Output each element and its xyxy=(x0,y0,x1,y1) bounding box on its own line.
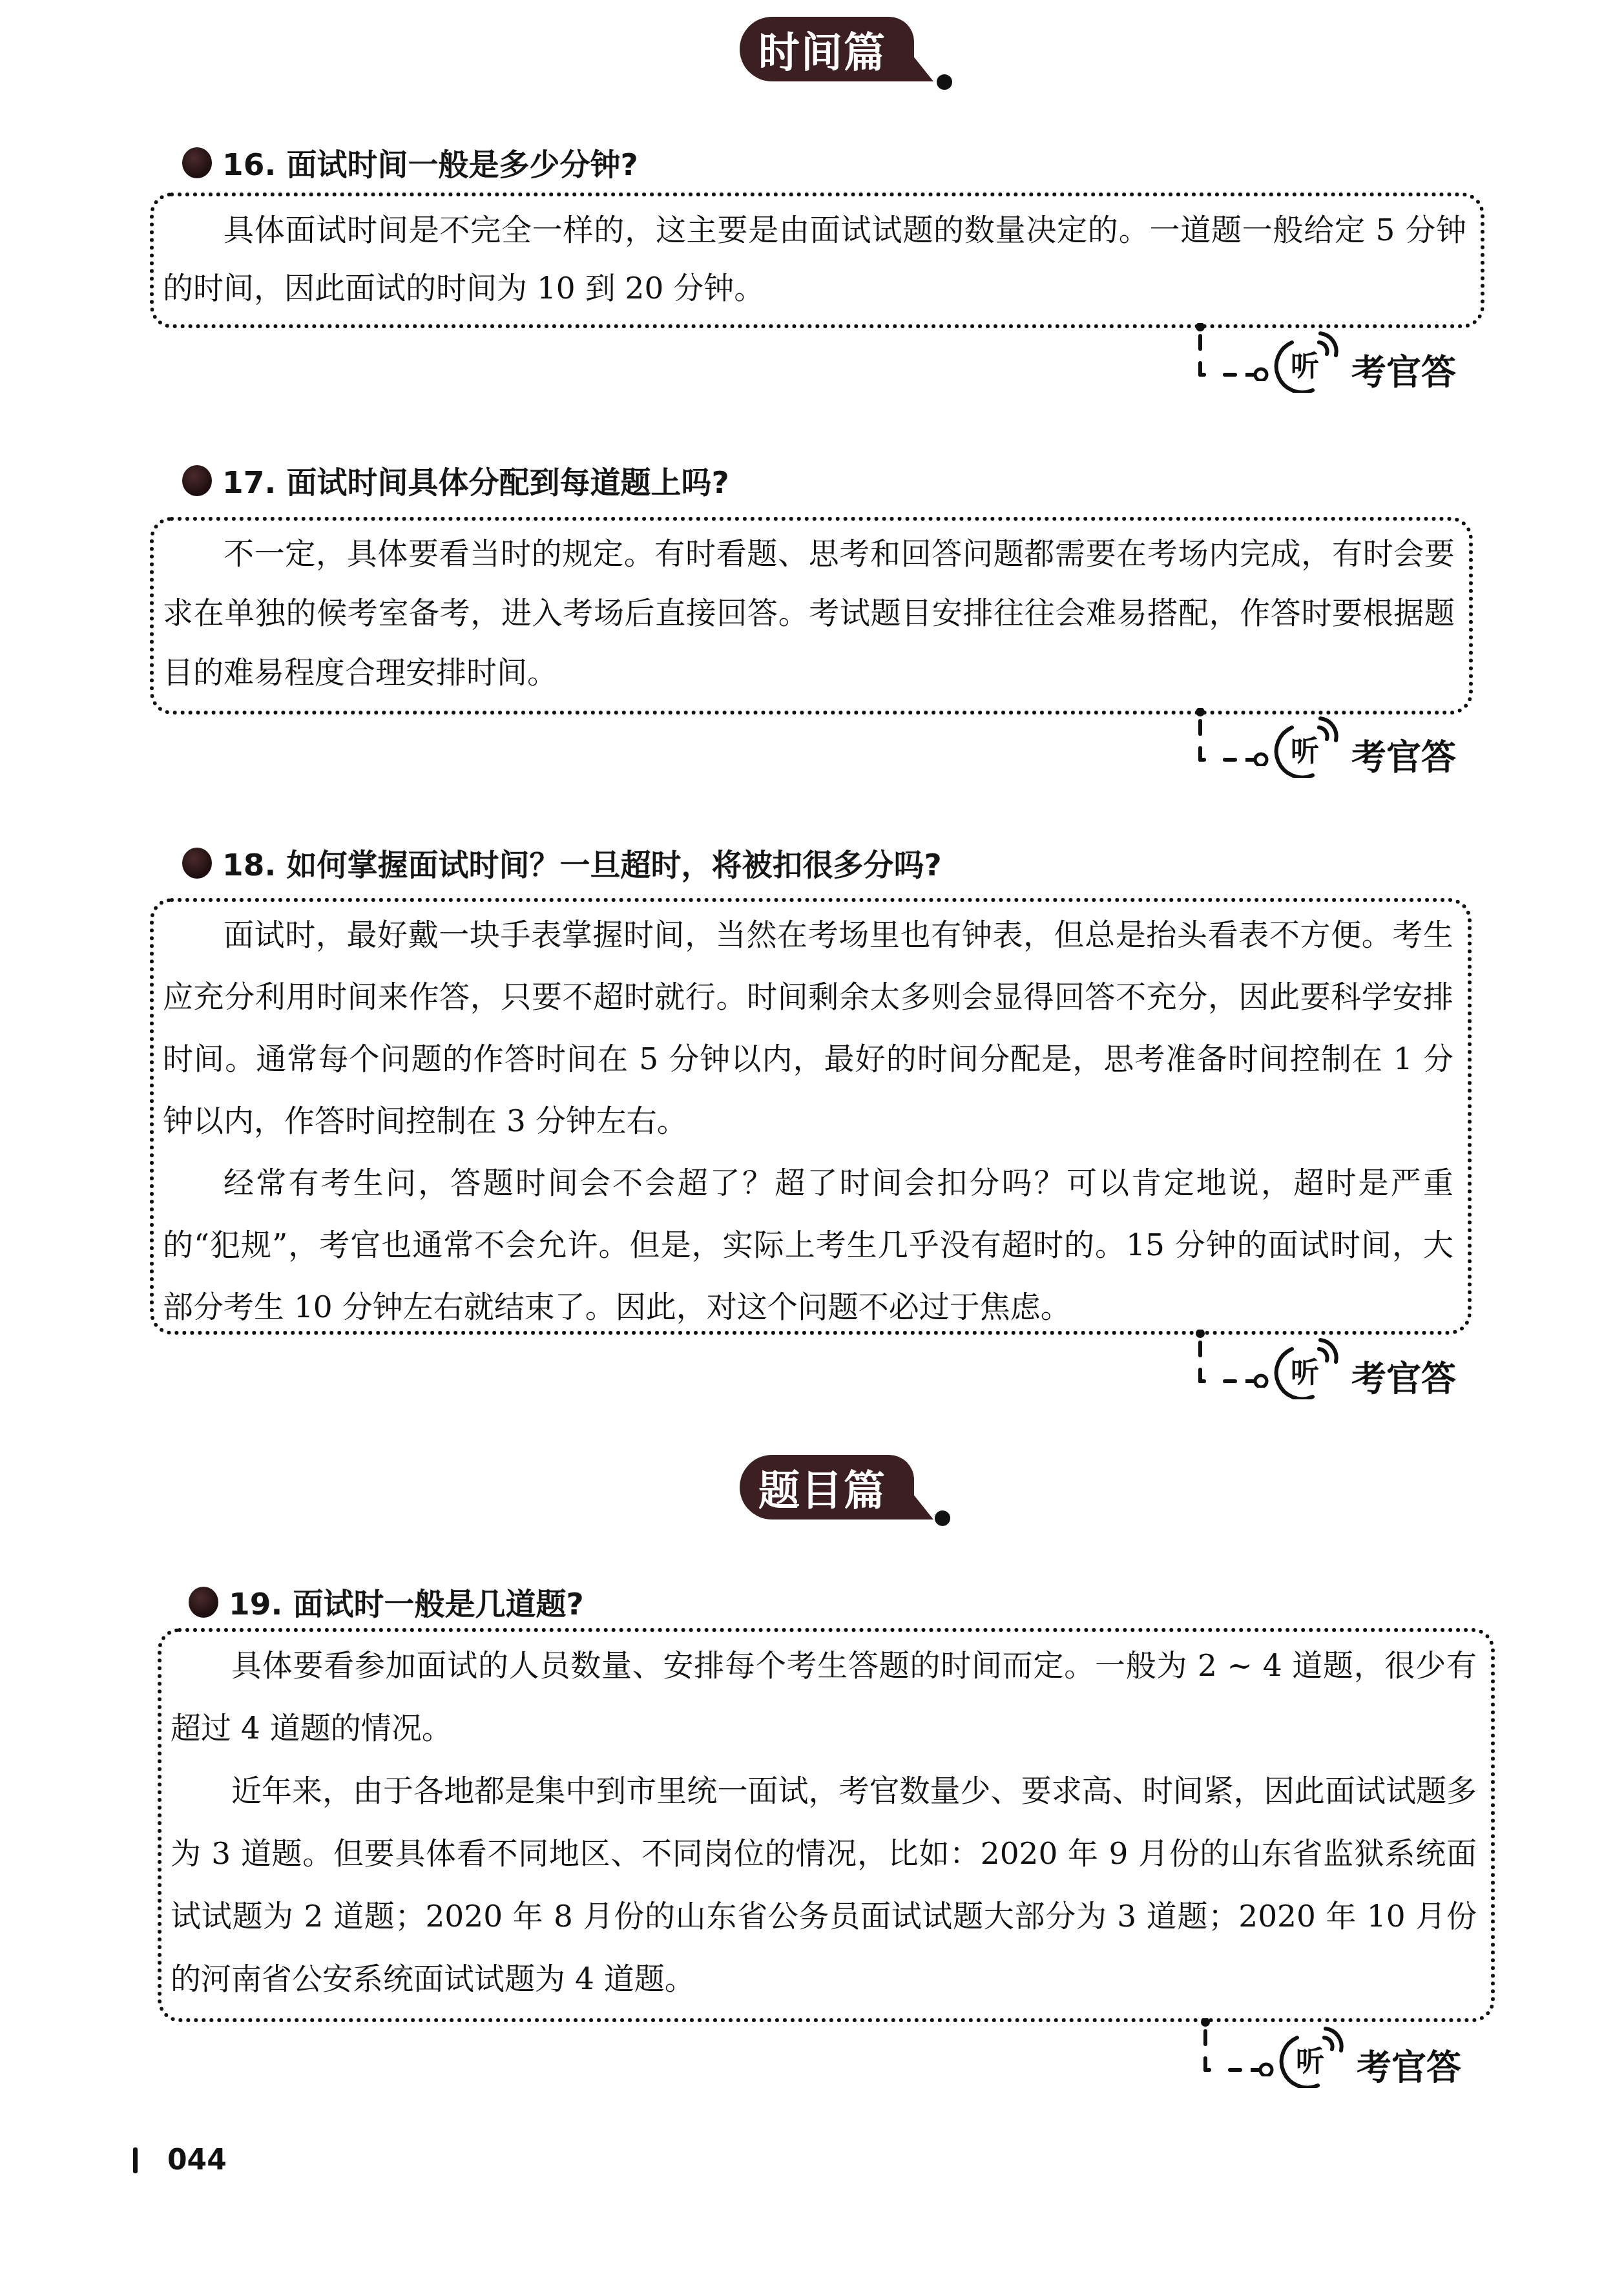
listen-examiner-answer-19[interactable]: 听 考官答 xyxy=(1200,2018,1510,2089)
question-text: 19. 面试时一般是几道题? xyxy=(229,1580,584,1624)
connector-node-icon xyxy=(1221,362,1273,381)
listen-audio-icon: 听 xyxy=(1273,1335,1344,1399)
answer-paragraph: 具体面试时间是不完全一样的，这主要是由面试试题的数量决定的。一道题一般给定 5 … xyxy=(163,202,1466,318)
connector-line-icon xyxy=(1195,323,1221,381)
svg-text:听: 听 xyxy=(1291,1357,1319,1390)
page-marker-bar-icon xyxy=(133,2147,138,2173)
listen-audio-icon: 听 xyxy=(1278,2023,1349,2088)
question-text: 16. 面试时间一般是多少分钟? xyxy=(222,141,638,184)
section-heading-time: 时间篇 xyxy=(740,17,914,81)
answer-box-19: 具体要看参加面试的人员数量、安排每个考生答题的时间而定。一般为 2 ~ 4 道题… xyxy=(158,1628,1495,2022)
answer-paragraph: 不一定，具体要看当时的规定。有时看题、思考和回答问题都需要在考场内完成，有时会要… xyxy=(163,525,1455,703)
listen-label: 考官答 xyxy=(1351,1352,1456,1401)
connector-line-icon xyxy=(1195,708,1221,766)
connector-node-icon xyxy=(1221,1368,1273,1388)
page-number: 044 xyxy=(133,2144,227,2177)
question-heading-17: 17. 面试时间具体分配到每道题上吗? xyxy=(182,459,729,502)
answer-paragraph: 近年来，由于各地都是集中到市里统一面试，考官数量少、要求高、时间紧，因此面试试题… xyxy=(171,1760,1477,2010)
listen-label: 考官答 xyxy=(1351,730,1456,780)
connector-node-icon xyxy=(1221,747,1273,766)
listen-glyph: 听 xyxy=(1291,350,1319,383)
question-heading-16: 16. 面试时间一般是多少分钟? xyxy=(182,141,638,184)
answer-box-18: 面试时，最好戴一块手表掌握时间，当然在考场里也有钟表，但总是抬头看表不方便。考生… xyxy=(150,898,1472,1335)
bullet-icon xyxy=(182,465,212,496)
speech-bubble-tail-icon xyxy=(908,49,933,81)
listen-examiner-answer-17[interactable]: 听 考官答 xyxy=(1195,708,1505,779)
question-heading-18: 18. 如何掌握面试时间？一旦超时，将被扣很多分吗? xyxy=(182,841,942,884)
listen-label: 考官答 xyxy=(1357,2040,1461,2090)
listen-audio-icon: 听 xyxy=(1273,713,1344,778)
bullet-icon xyxy=(182,147,212,178)
bullet-icon xyxy=(182,848,212,879)
section-title: 题目篇 xyxy=(758,1457,886,1517)
speech-bubble-tail-icon xyxy=(908,1487,933,1519)
section-title: 时间篇 xyxy=(758,19,886,79)
bullet-icon xyxy=(189,1587,218,1618)
answer-paragraph: 经常有考生问，答题时间会不会超了？超了时间会扣分吗？可以肯定地说，超时是严重的“… xyxy=(163,1153,1453,1339)
question-text: 17. 面试时间具体分配到每道题上吗? xyxy=(222,459,729,502)
section-dot-icon xyxy=(935,1510,950,1526)
question-text: 18. 如何掌握面试时间？一旦超时，将被扣很多分吗? xyxy=(222,841,942,884)
answer-paragraph: 具体要看参加面试的人员数量、安排每个考生答题的时间而定。一般为 2 ~ 4 道题… xyxy=(171,1634,1477,1760)
answer-box-17: 不一定，具体要看当时的规定。有时看题、思考和回答问题都需要在考场内完成，有时会要… xyxy=(150,517,1473,715)
answer-paragraph: 面试时，最好戴一块手表掌握时间，当然在考场里也有钟表，但总是抬头看表不方便。考生… xyxy=(163,904,1453,1153)
section-dot-icon xyxy=(937,74,952,90)
connector-line-icon xyxy=(1195,1330,1221,1388)
book-page: 时间篇 16. 面试时间一般是多少分钟? 具体面试时间是不完全一样的，这主要是由… xyxy=(0,0,1624,2287)
listen-examiner-answer-18[interactable]: 听 考官答 xyxy=(1195,1330,1505,1401)
section-heading-questions: 题目篇 xyxy=(740,1455,914,1519)
listen-audio-icon: 听 xyxy=(1273,328,1344,393)
connector-line-icon xyxy=(1200,2018,1226,2076)
answer-box-16: 具体面试时间是不完全一样的，这主要是由面试试题的数量决定的。一道题一般给定 5 … xyxy=(150,193,1484,328)
svg-text:听: 听 xyxy=(1296,2045,1324,2078)
listen-label: 考官答 xyxy=(1351,345,1456,395)
svg-text:听: 听 xyxy=(1291,735,1319,768)
question-heading-19: 19. 面试时一般是几道题? xyxy=(189,1580,584,1624)
page-number-text: 044 xyxy=(167,2144,227,2177)
connector-node-icon xyxy=(1226,2057,1278,2076)
listen-examiner-answer-16[interactable]: 听 考官答 xyxy=(1195,323,1505,394)
